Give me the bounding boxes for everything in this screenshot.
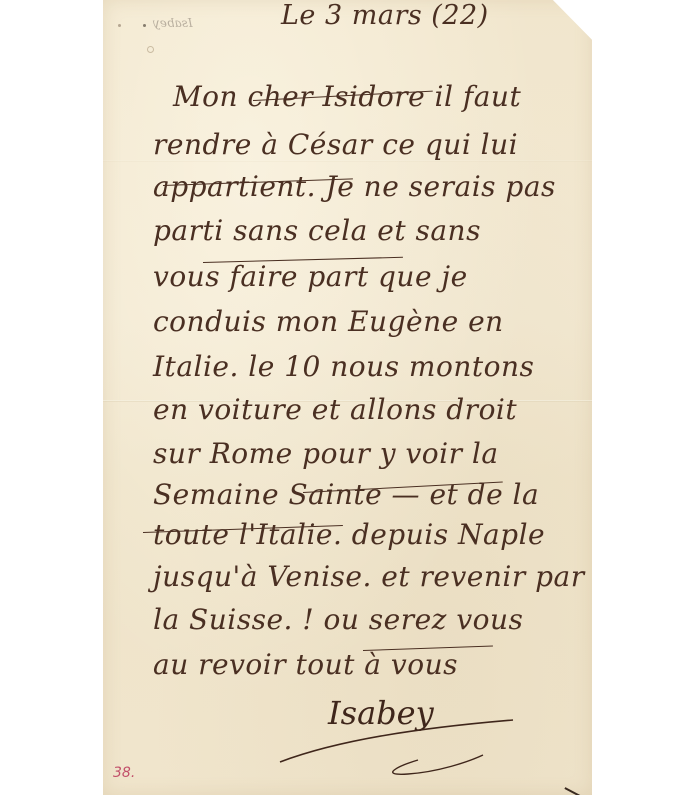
letter-line-7: Italie. le 10 nous montons	[153, 350, 534, 383]
signature-flourish-icon	[278, 700, 518, 780]
archive-number: 38.	[113, 765, 135, 781]
letter-date: Le 3 mars (22)	[281, 0, 489, 31]
letter-line-5: vous faire part que je	[153, 260, 468, 293]
paper-spot	[118, 24, 121, 27]
letter-paper: Isabey Le 3 mars (22) Mon cher Isidore i…	[103, 0, 592, 795]
bleed-through-pencil-mark: Isabey	[153, 16, 193, 30]
letter-line-1: Mon cher Isidore il faut	[173, 80, 521, 113]
letter-line-9: sur Rome pour y voir la	[153, 437, 499, 470]
scan-canvas: Isabey Le 3 mars (22) Mon cher Isidore i…	[0, 0, 700, 800]
letter-line-6: conduis mon Eugène en	[153, 305, 504, 338]
letter-line-4: parti sans cela et sans	[153, 214, 481, 247]
letter-line-3: appartient. Je ne serais pas	[153, 170, 556, 203]
letter-line-12: jusqu'à Venise. et revenir par	[153, 560, 585, 593]
letter-line-13: la Suisse. ! ou serez vous	[153, 603, 523, 636]
paper-spot	[147, 46, 154, 53]
paper-edge-mark	[565, 787, 583, 798]
letter-line-11: toute l'Italie. depuis Naple	[153, 518, 545, 551]
paper-spot	[143, 24, 146, 27]
letter-line-2: rendre à César ce qui lui	[153, 128, 518, 161]
letter-line-8: en voiture et allons droit	[153, 393, 517, 426]
letter-line-14: au revoir tout à vous	[153, 648, 458, 681]
